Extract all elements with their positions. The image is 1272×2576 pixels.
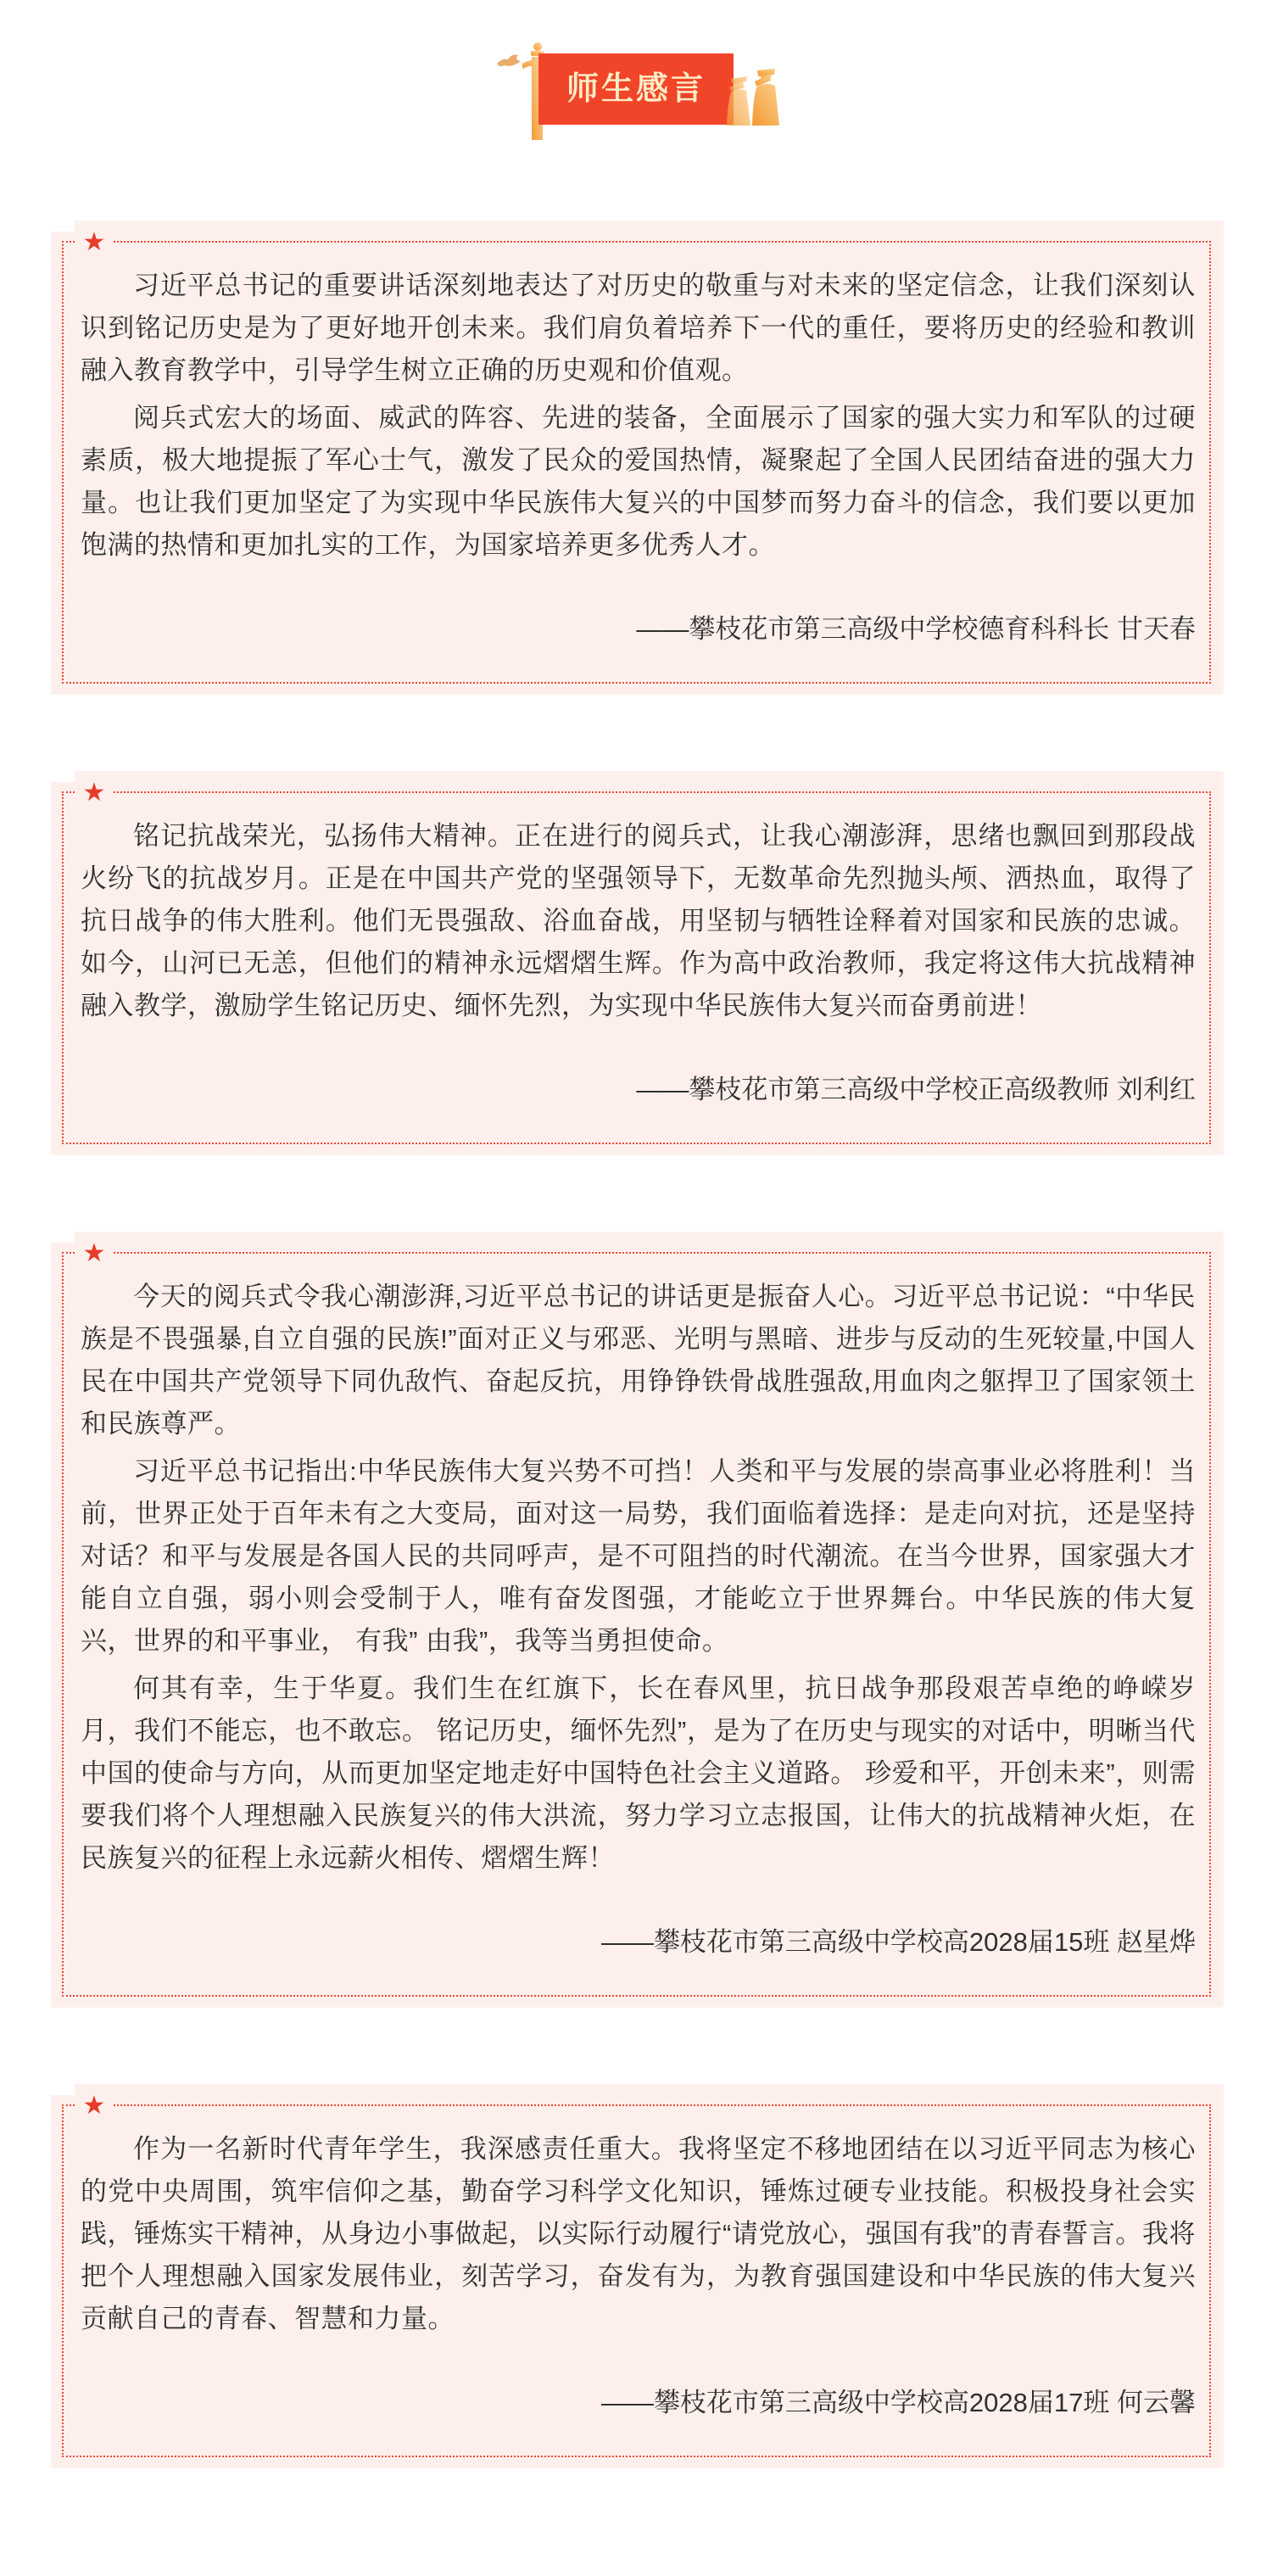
dove-icon: [494, 52, 523, 72]
testimonial-text: 作为一名新时代青年学生，我深感责任重大。我将坚定不移地团结在以习近平同志为核心的…: [51, 2084, 1224, 2468]
paragraph: 铭记抗战荣光，弘扬伟大精神。正在进行的阅兵式，让我心潮澎湃，思绪也飘回到那段战火…: [81, 815, 1196, 1027]
attribution: ——攀枝花市第三高级中学校高2028届17班 何云馨: [81, 2384, 1196, 2422]
star-icon: ★: [76, 2091, 112, 2121]
testimonial-text: 习近平总书记的重要讲话深刻地表达了对历史的敬重与对未来的坚定信念，让我们深刻认识…: [51, 221, 1224, 695]
paragraph: 习近平总书记指出:中华民族伟大复兴势不可挡！人类和平与发展的崇高事业必将胜利！当…: [81, 1450, 1196, 1662]
paragraph: 今天的阅兵式令我心潮澎湃,习近平总书记的讲话更是振奋人心。习近平总书记说：“中华…: [81, 1276, 1196, 1445]
page-title: 师生感言: [566, 73, 706, 105]
testimonial-text: 铭记抗战荣光，弘扬伟大精神。正在进行的阅兵式，让我心潮澎湃，思绪也飘回到那段战火…: [51, 771, 1224, 1155]
attribution: ——攀枝花市第三高级中学校高2028届15班 赵星烨: [81, 1924, 1196, 1961]
testimonial-text: 今天的阅兵式令我心潮澎湃,习近平总书记的讲话更是振奋人心。习近平总书记说：“中华…: [51, 1232, 1224, 2008]
star-icon: ★: [76, 778, 112, 808]
testimonial-card: ★ 习近平总书记的重要讲话深刻地表达了对历史的敬重与对未来的坚定信念，让我们深刻…: [51, 221, 1224, 695]
section-header: 师生感言: [0, 0, 1272, 221]
attribution: ——攀枝花市第三高级中学校正高级教师 刘利红: [81, 1071, 1196, 1109]
banner-wrap: 师生感言: [538, 53, 734, 125]
testimonial-card: ★ 铭记抗战荣光，弘扬伟大精神。正在进行的阅兵式，让我心潮澎湃，思绪也飘回到那段…: [51, 771, 1224, 1155]
paragraph: 何其有幸，生于华夏。我们生在红旗下，长在春风里，抗日战争那段艰苦卓绝的峥嵘岁月，…: [81, 1668, 1196, 1880]
article-page: 师生感言: [0, 0, 1272, 2502]
attribution: ——攀枝花市第三高级中学校德育科科长 甘天春: [81, 611, 1196, 648]
star-icon: ★: [76, 1238, 112, 1269]
testimonial-card: ★ 今天的阅兵式令我心潮澎湃,习近平总书记的讲话更是振奋人心。习近平总书记说：“…: [51, 1232, 1224, 2008]
paragraph: 作为一名新时代青年学生，我深感责任重大。我将坚定不移地团结在以习近平同志为核心的…: [81, 2128, 1196, 2340]
paragraph: 习近平总书记的重要讲话深刻地表达了对历史的敬重与对未来的坚定信念，让我们深刻认识…: [81, 265, 1196, 392]
saluting-soldiers-icon: [706, 64, 795, 126]
title-banner: 师生感言: [538, 53, 734, 125]
paragraph: 阅兵式宏大的场面、威武的阵容、先进的装备，全面展示了国家的强大实力和军队的过硬素…: [81, 397, 1196, 567]
star-icon: ★: [76, 227, 112, 258]
testimonial-card: ★ 作为一名新时代青年学生，我深感责任重大。我将坚定不移地团结在以习近平同志为核…: [51, 2084, 1224, 2468]
